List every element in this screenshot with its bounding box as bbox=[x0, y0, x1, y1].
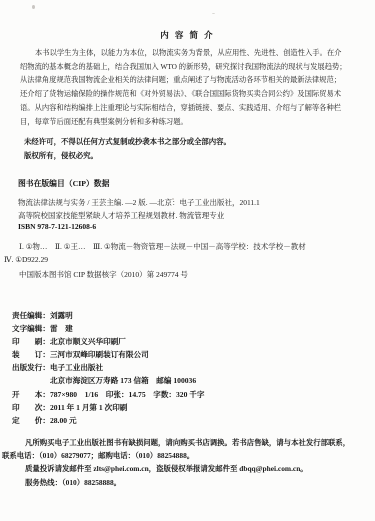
purchase-notice-line: 联系电话：（010）68279077；邮购电话：（010）88254888。 bbox=[2, 449, 375, 462]
book-copyright-page: 内 容 简 介 本书以学生为主体，以能力为本位，以物流实务为背景，从应用性、先进… bbox=[0, 0, 375, 521]
cip-classification-line: Ⅳ. ①D922.29 bbox=[4, 253, 306, 266]
cip-record-number: 中国版本图书馆 CIP 数据核字（2010）第 249774 号 bbox=[19, 269, 188, 280]
copyright-warning: 未经许可，不得以任何方式复制或抄袭本书之部分或全部内容。 版权所有，侵权必究。 bbox=[24, 135, 231, 162]
content-summary-line: 绍物流的基本概念的基础上，结合我国加入 WTO 的新形势，研究探讨我国物流法的现… bbox=[20, 60, 355, 74]
content-summary-title: 内 容 简 介 bbox=[0, 29, 375, 41]
purchase-notice: 凡所购买电子工业出版社图书有缺损问题，请向购买书店调换。若书店售缺，请与本社发行… bbox=[2, 436, 375, 489]
scan-speck bbox=[212, 13, 215, 14]
imprint-block: 责任编辑：刘露明 文字编辑：雷 建 印 刷：北京市顺义兴华印刷厂 装 订：三河市… bbox=[12, 309, 204, 427]
cip-classification: Ⅰ. ①物… Ⅱ. ①王… Ⅲ. ①物流－物资管理－法规－中国－高等学校：技术学… bbox=[4, 240, 306, 267]
imprint-line-print-run: 印 次：2011 年 1 月第 1 次印刷 bbox=[12, 401, 204, 414]
scan-speck bbox=[32, 5, 35, 9]
content-summary-line: 语。从内容和结构编排上注重理论与实际相结合，穿插链接、要点、实践适用、介绍与了解… bbox=[20, 101, 355, 115]
imprint-line-editor: 责任编辑：刘露明 bbox=[12, 309, 204, 322]
imprint-line-price: 定 价：28.00 元 bbox=[12, 414, 204, 427]
imprint-line-binder: 装 订：三河市双峰印刷装订有限公司 bbox=[12, 348, 204, 361]
imprint-line-text-editor: 文字编辑：雷 建 bbox=[12, 322, 204, 335]
cip-record-line: 高等院校国家技能型紧缺人才培养工程规划教材. 物流管理专业 bbox=[18, 209, 260, 222]
content-summary-line: 本书以学生为主体，以能力为本位，以物流实务为背景，从应用性、先进性、创造性入手。… bbox=[20, 46, 355, 60]
cip-classification-line: Ⅰ. ①物… Ⅱ. ①王… Ⅲ. ①物流－物资管理－法规－中国－高等学校：技术学… bbox=[4, 240, 306, 253]
content-summary-line: 目，每章节后面还配有典型案例分析和多种练习题。 bbox=[20, 115, 355, 129]
content-summary-paragraph: 本书以学生为主体，以能力为本位，以物流实务为背景，从应用性、先进性、创造性入手。… bbox=[20, 46, 355, 128]
imprint-line-format: 开 本：787×980 1/16 印张：14.75 字数：320 千字 bbox=[12, 388, 204, 401]
content-summary-line: 从法律角度规范我国物流企业相关的法律问题；重点阐述了与物流活动各环节相关的最新法… bbox=[20, 73, 355, 87]
cip-heading: 图书在版编目（CIP）数据 bbox=[18, 178, 109, 189]
imprint-line-publisher: 出版发行：电子工业出版社 bbox=[12, 361, 204, 374]
purchase-notice-line: 服务热线：（010）88258888。 bbox=[2, 476, 375, 489]
imprint-line-address: 北京市海淀区万寿路 173 信箱 邮编 100036 bbox=[12, 374, 204, 387]
cip-record: 物流法律法规与实务 / 王芸主编. —2 版. —北京：电子工业出版社，2011… bbox=[18, 196, 260, 223]
purchase-notice-line: 凡所购买电子工业出版社图书有缺损问题，请向购买书店调换。若书店售缺，请与本社发行… bbox=[2, 436, 375, 449]
imprint-line-printer: 印 刷：北京市顺义兴华印刷厂 bbox=[12, 335, 204, 348]
copyright-warning-line: 版权所有，侵权必究。 bbox=[24, 149, 231, 163]
purchase-notice-line: 质量投诉请发邮件至 zlts@phei.com.cn，盗版侵权举报请发邮件至 d… bbox=[2, 462, 375, 475]
copyright-warning-line: 未经许可，不得以任何方式复制或抄袭本书之部分或全部内容。 bbox=[24, 135, 231, 149]
cip-record-line: 物流法律法规与实务 / 王芸主编. —2 版. —北京：电子工业出版社，2011… bbox=[18, 196, 260, 209]
content-summary-line: 还介绍了货物运输保险的操作规范和《对外贸易法》、《联合国国际货物买卖合同公约》及… bbox=[20, 87, 355, 101]
isbn-number: ISBN 978-7-121-12608-6 bbox=[18, 222, 96, 231]
